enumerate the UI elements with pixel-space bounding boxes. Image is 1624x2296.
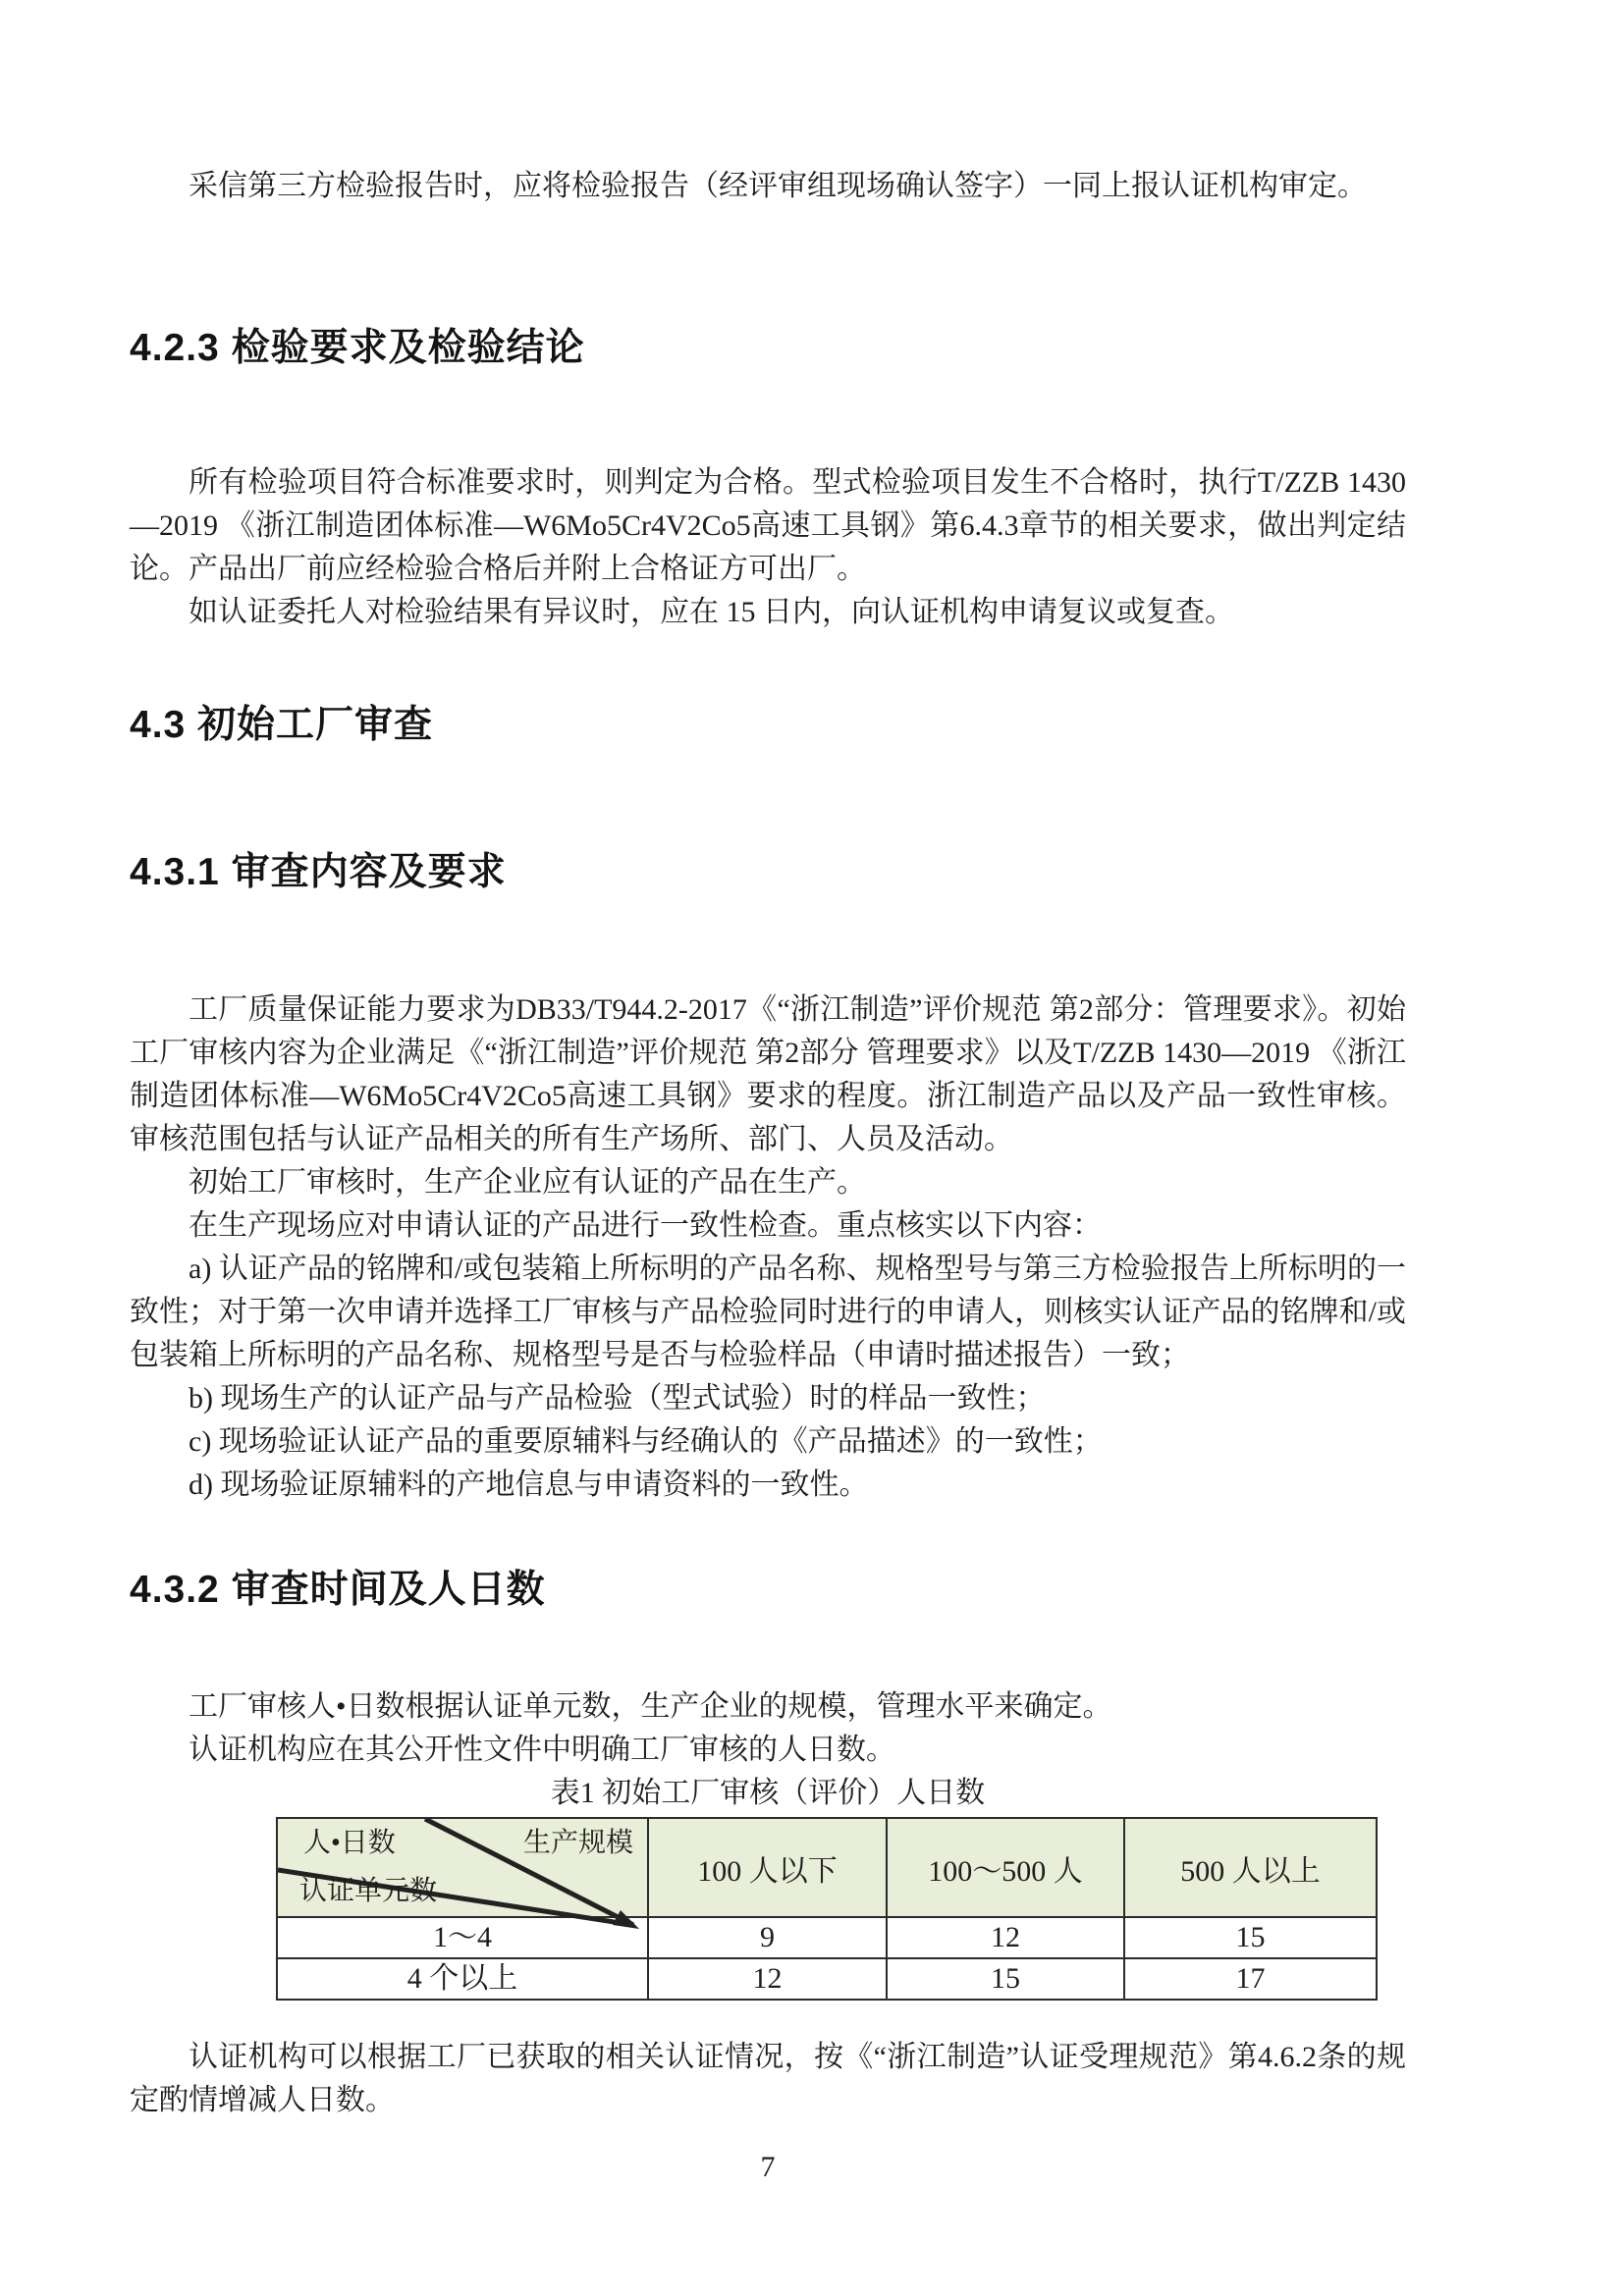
paragraph-431-3: 在生产现场应对申请认证的产品进行一致性检查。重点核实以下内容：: [130, 1204, 1406, 1248]
column-header-100-500: 100～500 人: [887, 1818, 1124, 1917]
heading-4-2-3: 4.2.3 检验要求及检验结论: [130, 324, 1406, 373]
table-cell: 15: [887, 1958, 1124, 2000]
paragraph-423-1: 所有检验项目符合标准要求时，则判定为合格。型式检验项目发生不合格时，执行T/ZZ…: [130, 461, 1406, 591]
corner-label-production-scale: 生产规模: [523, 1829, 633, 1858]
table-row: 4 个以上 12 15 17: [277, 1958, 1377, 2000]
table-cell: 12: [648, 1958, 887, 2000]
paragraph-432-1: 工厂审核人•日数根据认证单元数，生产企业的规模，管理水平来确定。: [130, 1685, 1406, 1729]
page-number: 7: [130, 2146, 1406, 2189]
row-label: 4 个以上: [277, 1958, 648, 2000]
corner-label-person-days: 人•日数: [303, 1829, 396, 1858]
corner-label-cert-units: 认证单元数: [299, 1877, 437, 1906]
table-header-row: 人•日数 生产规模 认证单元数 100 人以下 100～500 人 500 人以…: [277, 1818, 1377, 1917]
table-caption: 表1 初始工厂审核（评价）人日数: [130, 1772, 1406, 1815]
table-cell: 9: [648, 1917, 887, 1958]
paragraph-432-2: 认证机构应在其公开性文件中明确工厂审核的人日数。: [130, 1729, 1406, 1772]
paragraph-431-1: 工厂质量保证能力要求为DB33/T944.2-2017《“浙江制造”评价规范 第…: [130, 988, 1406, 1161]
paragraph-431-2: 初始工厂审核时，生产企业应有认证的产品在生产。: [130, 1161, 1406, 1204]
row-label: 1～4: [277, 1917, 648, 1958]
list-item-b: b) 现场生产的认证产品与产品检验（型式试验）时的样品一致性；: [130, 1377, 1406, 1420]
table-cell: 17: [1124, 1958, 1377, 2000]
paragraph-closing: 认证机构可以根据工厂已获取的相关认证情况，按《“浙江制造”认证受理规范》第4.6…: [130, 2036, 1406, 2122]
table-corner-cell: 人•日数 生产规模 认证单元数: [277, 1818, 648, 1917]
table-cell: 15: [1124, 1917, 1377, 1958]
list-item-d: d) 现场验证原辅料的产地信息与申请资料的一致性。: [130, 1464, 1406, 1507]
list-item-c: c) 现场验证认证产品的重要原辅料与经确认的《产品描述》的一致性；: [130, 1420, 1406, 1464]
heading-4-3-1: 4.3.1 审查内容及要求: [130, 848, 1406, 897]
table-row: 1～4 9 12 15: [277, 1917, 1377, 1958]
heading-4-3-2: 4.3.2 审查时间及人日数: [130, 1566, 1406, 1615]
column-header-over-500: 500 人以上: [1124, 1818, 1377, 1917]
audit-days-table: 人•日数 生产规模 认证单元数 100 人以下 100～500 人 500 人以…: [276, 1817, 1378, 2001]
document-page: 采信第三方检验报告时，应将检验报告（经评审组现场确认签字）一同上报认证机构审定。…: [0, 0, 1624, 2296]
paragraph-423-2: 如认证委托人对检验结果有异议时，应在 15 日内，向认证机构申请复议或复查。: [130, 591, 1406, 634]
table-cell: 12: [887, 1917, 1124, 1958]
column-header-under-100: 100 人以下: [648, 1818, 887, 1917]
list-item-a: a) 认证产品的铭牌和/或包装箱上所标明的产品名称、规格型号与第三方检验报告上所…: [130, 1248, 1406, 1377]
paragraph-intro: 采信第三方检验报告时，应将检验报告（经评审组现场确认签字）一同上报认证机构审定。: [130, 165, 1406, 208]
heading-4-3: 4.3 初始工厂审查: [130, 701, 1406, 750]
